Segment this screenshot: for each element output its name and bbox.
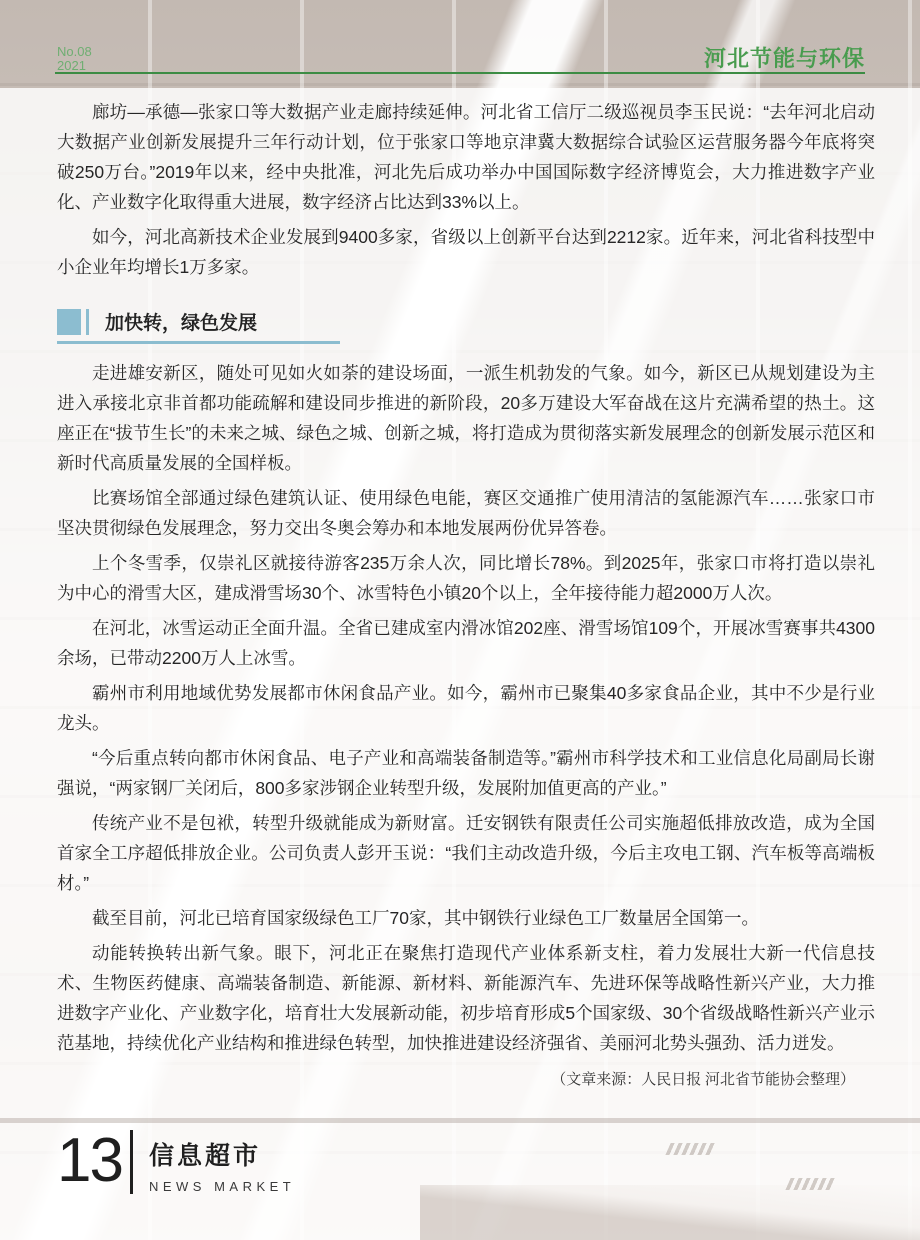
section-title: 加快转，绿色发展 bbox=[105, 308, 257, 335]
page-footer: 13 信息超市 NEWS MARKET bbox=[57, 1126, 295, 1196]
background-horizontal-beam bbox=[0, 1118, 920, 1123]
heading-vertical-bar bbox=[86, 309, 89, 335]
issue-number: No.08 bbox=[57, 45, 92, 59]
paragraph: 动能转换转出新气象。眼下，河北正在聚焦打造现代产业体系新支柱，着力发展壮大新一代… bbox=[57, 938, 875, 1058]
background-vent-marks bbox=[665, 1143, 716, 1155]
article-body: 廊坊—承德—张家口等大数据产业走廊持续延伸。河北省工信厅二级巡视员李玉民说：“去… bbox=[57, 97, 875, 1089]
issue-year: 2021 bbox=[57, 59, 92, 73]
section-heading: 加快转，绿色发展 bbox=[57, 308, 340, 344]
paragraph: 在河北，冰雪运动正全面升温。全省已建成室内滑冰馆202座、滑雪场馆109个，开展… bbox=[57, 613, 875, 673]
paragraph: 上个冬雪季，仅崇礼区就接待游客235万余人次，同比增长78%。到2025年，张家… bbox=[57, 548, 875, 608]
paragraph: “今后重点转向都市休闲食品、电子产业和高端装备制造等。”霸州市科学技术和工业信息… bbox=[57, 743, 875, 803]
paragraph: 传统产业不是包袱，转型升级就能成为新财富。迁安钢铁有限责任公司实施超低排放改造，… bbox=[57, 808, 875, 898]
paragraph: 比赛场馆全部通过绿色建筑认证、使用绿色电能，赛区交通推广使用清洁的氢能源汽车……… bbox=[57, 483, 875, 543]
footer-divider-bar bbox=[130, 1130, 133, 1194]
background-vent-marks bbox=[785, 1178, 836, 1190]
background-diagonal-shape bbox=[420, 1185, 920, 1240]
paragraph: 霸州市利用地域优势发展都市休闲食品产业。如今，霸州市已聚集40多家食品企业，其中… bbox=[57, 678, 875, 738]
magazine-page: No.08 2021 河北节能与环保 廊坊—承德—张家口等大数据产业走廊持续延伸… bbox=[0, 0, 920, 1240]
journal-title: 河北节能与环保 bbox=[704, 42, 865, 73]
paragraph: 如今，河北高新技术企业发展到9400多家，省级以上创新平台达到2212家。近年来… bbox=[57, 222, 875, 282]
footer-section-titles: 信息超市 NEWS MARKET bbox=[149, 1126, 295, 1194]
article-source: （文章来源：人民日报 河北省节能协会整理） bbox=[57, 1068, 855, 1089]
page-number: 13 bbox=[57, 1126, 122, 1196]
footer-section-title-en: NEWS MARKET bbox=[149, 1179, 295, 1194]
issue-info: No.08 2021 bbox=[57, 45, 92, 73]
header-divider-line bbox=[55, 72, 865, 74]
page-header: No.08 2021 河北节能与环保 bbox=[0, 0, 920, 88]
paragraph: 廊坊—承德—张家口等大数据产业走廊持续延伸。河北省工信厅二级巡视员李玉民说：“去… bbox=[57, 97, 875, 217]
footer-section-title-cn: 信息超市 bbox=[149, 1136, 295, 1172]
paragraph: 截至目前，河北已培育国家级绿色工厂70家，其中钢铁行业绿色工厂数量居全国第一。 bbox=[57, 903, 875, 933]
paragraph: 走进雄安新区，随处可见如火如荼的建设场面，一派生机勃发的气象。如今，新区已从规划… bbox=[57, 358, 875, 478]
heading-square-marker bbox=[57, 309, 81, 335]
